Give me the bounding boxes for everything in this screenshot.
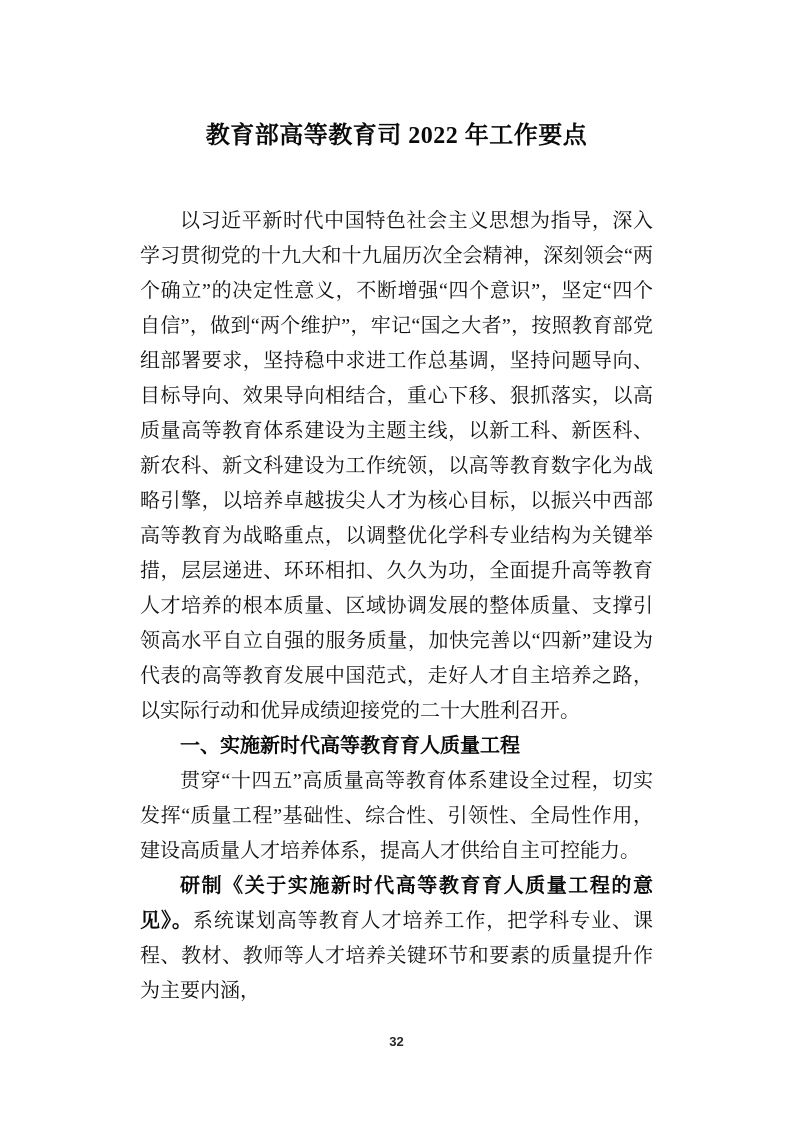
paragraph-section1-task1: 研制《关于实施新时代高等教育育人质量工程的意见》。系统谋划高等教育人才培养工作，… — [140, 869, 653, 1009]
paragraph-section1-overview: 贯穿“十四五”高质量高等教育体系建设全过程，切实发挥“质量工程”基础性、综合性、… — [140, 764, 653, 869]
task1-rest-text: 系统谋划高等教育人才培养工作，把学科专业、课程、教材、教师等人才培养关键环节和要… — [140, 910, 653, 1002]
section-heading-1: 一、实施新时代高等教育育人质量工程 — [140, 729, 653, 764]
paragraph-intro: 以习近平新时代中国特色社会主义思想为指导，深入学习贯彻党的十九大和十九届历次全会… — [140, 204, 653, 729]
document-title: 教育部高等教育司 2022 年工作要点 — [0, 0, 793, 153]
document-body: 以习近平新时代中国特色社会主义思想为指导，深入学习贯彻党的十九大和十九届历次全会… — [140, 204, 653, 1009]
page-footer: 32 — [0, 1033, 793, 1051]
page-number: 32 — [389, 1034, 403, 1049]
document-page: 教育部高等教育司 2022 年工作要点 以习近平新时代中国特色社会主义思想为指导… — [0, 0, 793, 1122]
